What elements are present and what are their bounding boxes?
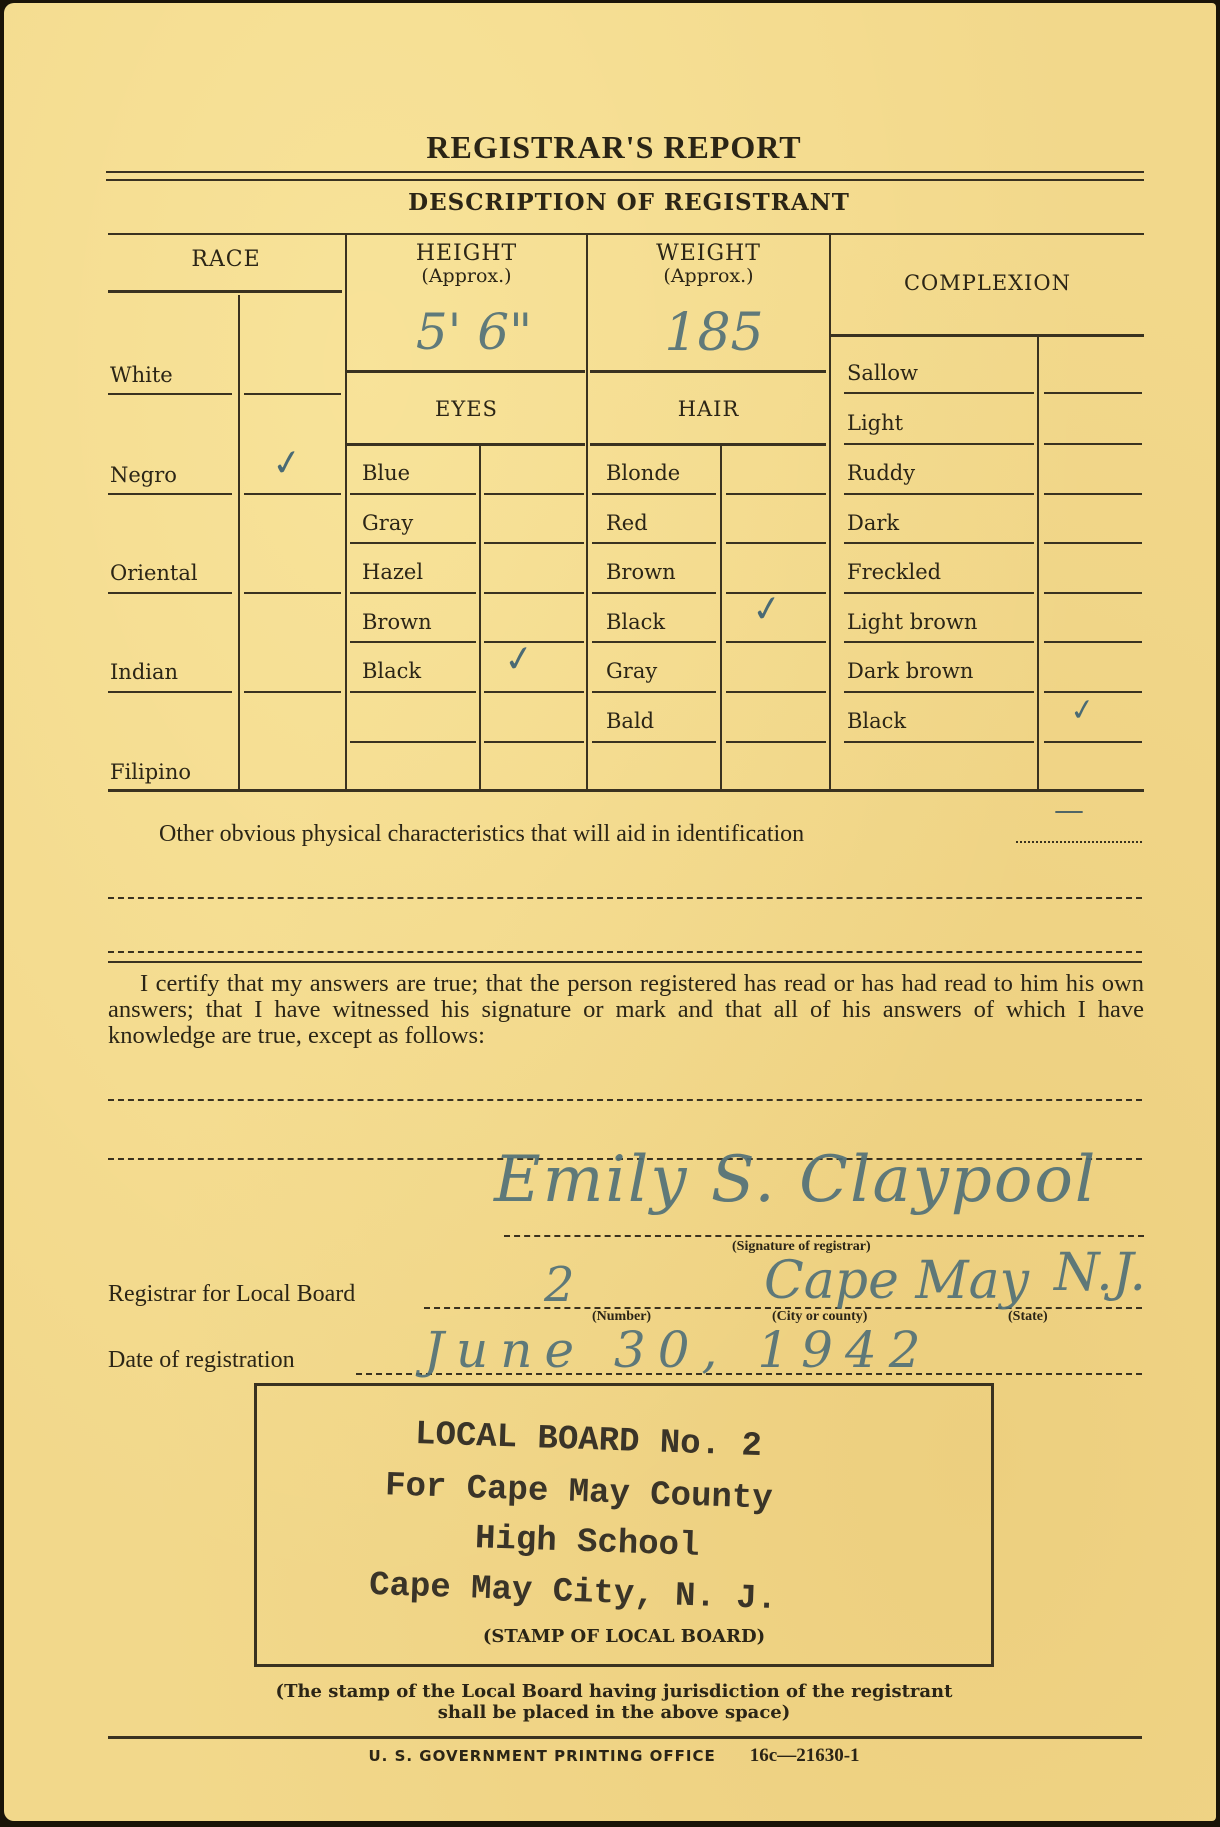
eyes-option-brown: Brown <box>362 610 432 634</box>
row-rule <box>844 493 1034 495</box>
local-board-city[interactable]: Cape May <box>764 1251 1029 1311</box>
race-row-rule <box>108 592 232 594</box>
certification-text: I certify that my answers are true; that… <box>108 971 1144 1049</box>
col-divider <box>586 235 588 789</box>
row-rule <box>592 691 716 693</box>
row-rule <box>484 691 584 693</box>
complexion-option-light: Light <box>847 411 903 435</box>
stamp-line-2: For Cape May County <box>384 1467 773 1519</box>
row-rule <box>1044 493 1142 495</box>
complexion-row-rule <box>844 443 1034 445</box>
height-label: HEIGHT <box>347 243 586 265</box>
race-option-oriental: Oriental <box>110 561 198 585</box>
table-bottom-rule <box>108 789 1144 792</box>
eyes-header: EYES <box>347 397 586 421</box>
race-option-negro: Negro <box>110 463 177 487</box>
row-rule <box>350 691 476 693</box>
eyes-option-hazel: Hazel <box>362 560 423 584</box>
registration-card: REGISTRAR'S REPORT DESCRIPTION OF REGIST… <box>4 3 1216 1821</box>
complexion-header: COMPLEXION <box>831 271 1144 295</box>
stamp-line-4: Cape May City, N. J. <box>368 1567 777 1619</box>
table-top-rule <box>108 233 1144 235</box>
other-characteristics-value[interactable]: — <box>1054 793 1084 828</box>
row-rule <box>726 542 826 544</box>
race-option-white: White <box>110 363 173 387</box>
row-rule <box>592 641 716 643</box>
stamp-box: LOCAL BOARD No. 2 For Cape May County Hi… <box>254 1383 994 1667</box>
stamp-caption: (STAMP OF LOCAL BOARD) <box>257 1626 991 1647</box>
other-characteristics-line-2[interactable] <box>108 897 1142 899</box>
stamp-note-line-2: shall be placed in the above space) <box>4 1702 1220 1723</box>
local-board-number[interactable]: 2 <box>544 1257 575 1313</box>
stamp-note: (The stamp of the Local Board having jur… <box>4 1681 1220 1723</box>
height-value[interactable]: 5' 6" <box>374 303 574 361</box>
eyes-option-black: Black <box>362 659 421 683</box>
complexion-checkbox-black[interactable]: ✓ <box>1068 691 1098 729</box>
complexion-option-sallow: Sallow <box>847 361 918 385</box>
local-board-state[interactable]: N.J. <box>1054 1243 1146 1303</box>
hair-option-gray: Gray <box>606 659 657 683</box>
state-caption: (State) <box>1008 1309 1048 1325</box>
date-label: Date of registration <box>108 1347 295 1374</box>
section-title: DESCRIPTION OF REGISTRANT <box>4 189 1220 216</box>
complexion-option-freckled: Freckled <box>847 560 941 584</box>
row-rule <box>1044 592 1142 594</box>
hair-option-red: Red <box>606 511 648 535</box>
complexion-row-rule <box>1044 443 1142 445</box>
stamp-line-3: High School <box>474 1520 700 1566</box>
row-rule <box>1044 741 1142 743</box>
registrar-signature[interactable]: Emily S. Claypool <box>494 1143 1097 1217</box>
complexion-option-dark-brown: Dark brown <box>847 659 973 683</box>
stamp-line-1: LOCAL BOARD No. 2 <box>414 1416 762 1466</box>
weight-label: WEIGHT <box>588 243 829 265</box>
footer: U. S. GOVERNMENT PRINTING OFFICE 16c—216… <box>4 1745 1220 1767</box>
hair-option-brown: Brown <box>606 560 676 584</box>
printer-label: U. S. GOVERNMENT PRINTING OFFICE <box>368 1747 715 1765</box>
row-rule <box>350 592 476 594</box>
race-check-divider <box>238 295 240 789</box>
row-rule <box>484 641 584 643</box>
footer-rule <box>108 1736 1142 1739</box>
race-row-rule <box>244 691 341 693</box>
date-value[interactable]: June 30, 1942 <box>424 1321 933 1379</box>
height-approx: (Approx.) <box>347 265 586 287</box>
row-rule <box>592 741 716 743</box>
race-option-filipino: Filipino <box>110 760 191 784</box>
hair-check-divider <box>720 445 722 789</box>
eyes-header-rule <box>347 443 585 446</box>
complexion-option-black: Black <box>847 709 906 733</box>
row-rule <box>1044 691 1142 693</box>
row-rule <box>592 592 716 594</box>
complexion-option-ruddy: Ruddy <box>847 461 915 485</box>
height-header: HEIGHT (Approx.) <box>347 243 586 287</box>
complexion-row-rule <box>1044 392 1142 394</box>
race-row-rule <box>108 493 232 495</box>
row-rule <box>844 542 1034 544</box>
other-characteristics-field[interactable] <box>1016 841 1142 843</box>
row-rule <box>844 741 1034 743</box>
complexion-option-light-brown: Light brown <box>847 610 977 634</box>
form-number: 16c—21630-1 <box>750 1745 860 1766</box>
local-board-label: Registrar for Local Board <box>108 1281 355 1308</box>
race-header: RACE <box>108 247 344 272</box>
row-rule <box>592 542 716 544</box>
row-rule <box>484 542 584 544</box>
hair-option-bald: Bald <box>606 709 654 733</box>
weight-header: WEIGHT (Approx.) <box>588 243 829 287</box>
row-rule <box>1044 542 1142 544</box>
row-rule <box>592 493 716 495</box>
row-rule <box>844 691 1034 693</box>
weight-rule <box>590 370 826 373</box>
other-characteristics-label: Other obvious physical characteristics t… <box>159 821 804 848</box>
race-row-rule <box>108 393 232 395</box>
complexion-header-rule <box>831 334 1144 337</box>
race-header-rule <box>108 290 342 293</box>
race-row-rule <box>244 592 341 594</box>
row-rule <box>350 493 476 495</box>
eyes-option-gray: Gray <box>362 511 413 535</box>
col-divider <box>345 235 347 789</box>
row-rule <box>726 691 826 693</box>
exceptions-line-1[interactable] <box>108 1099 1142 1101</box>
title-rule-bottom <box>106 179 1144 181</box>
row-rule <box>726 741 826 743</box>
stamp-note-line-1: (The stamp of the Local Board having jur… <box>4 1681 1220 1702</box>
race-row-rule <box>244 493 341 495</box>
row-rule <box>350 542 476 544</box>
row-rule <box>484 741 584 743</box>
row-rule <box>484 592 584 594</box>
complexion-check-divider <box>1037 337 1039 789</box>
signature-line <box>504 1235 1144 1237</box>
eyes-checkbox-black[interactable]: ✓ <box>501 637 537 682</box>
other-characteristics-line-3[interactable] <box>108 951 1142 953</box>
height-rule <box>347 370 585 373</box>
section-rule <box>108 961 1142 963</box>
weight-value[interactable]: 185 <box>614 303 814 363</box>
weight-approx: (Approx.) <box>588 265 829 287</box>
eyes-option-blue: Blue <box>362 461 410 485</box>
row-rule <box>484 493 584 495</box>
row-rule <box>1044 641 1142 643</box>
row-rule <box>350 641 476 643</box>
page-title: REGISTRAR'S REPORT <box>4 129 1220 166</box>
row-rule <box>844 641 1034 643</box>
race-row-rule <box>108 691 232 693</box>
race-checkbox-negro[interactable]: ✓ <box>269 441 305 486</box>
hair-option-blonde: Blonde <box>606 461 680 485</box>
row-rule <box>726 592 826 594</box>
title-rule-top <box>106 171 1144 173</box>
hair-header-rule <box>590 443 826 446</box>
complexion-option-dark: Dark <box>847 511 899 535</box>
hair-header: HAIR <box>588 397 829 421</box>
row-rule <box>726 641 826 643</box>
complexion-row-rule <box>844 392 1034 394</box>
hair-option-black: Black <box>606 610 665 634</box>
row-rule <box>844 592 1034 594</box>
row-rule <box>350 741 476 743</box>
race-row-rule <box>244 393 341 395</box>
race-option-indian: Indian <box>110 660 178 684</box>
row-rule <box>726 493 826 495</box>
eyes-check-divider <box>479 445 481 789</box>
col-divider <box>829 235 831 789</box>
